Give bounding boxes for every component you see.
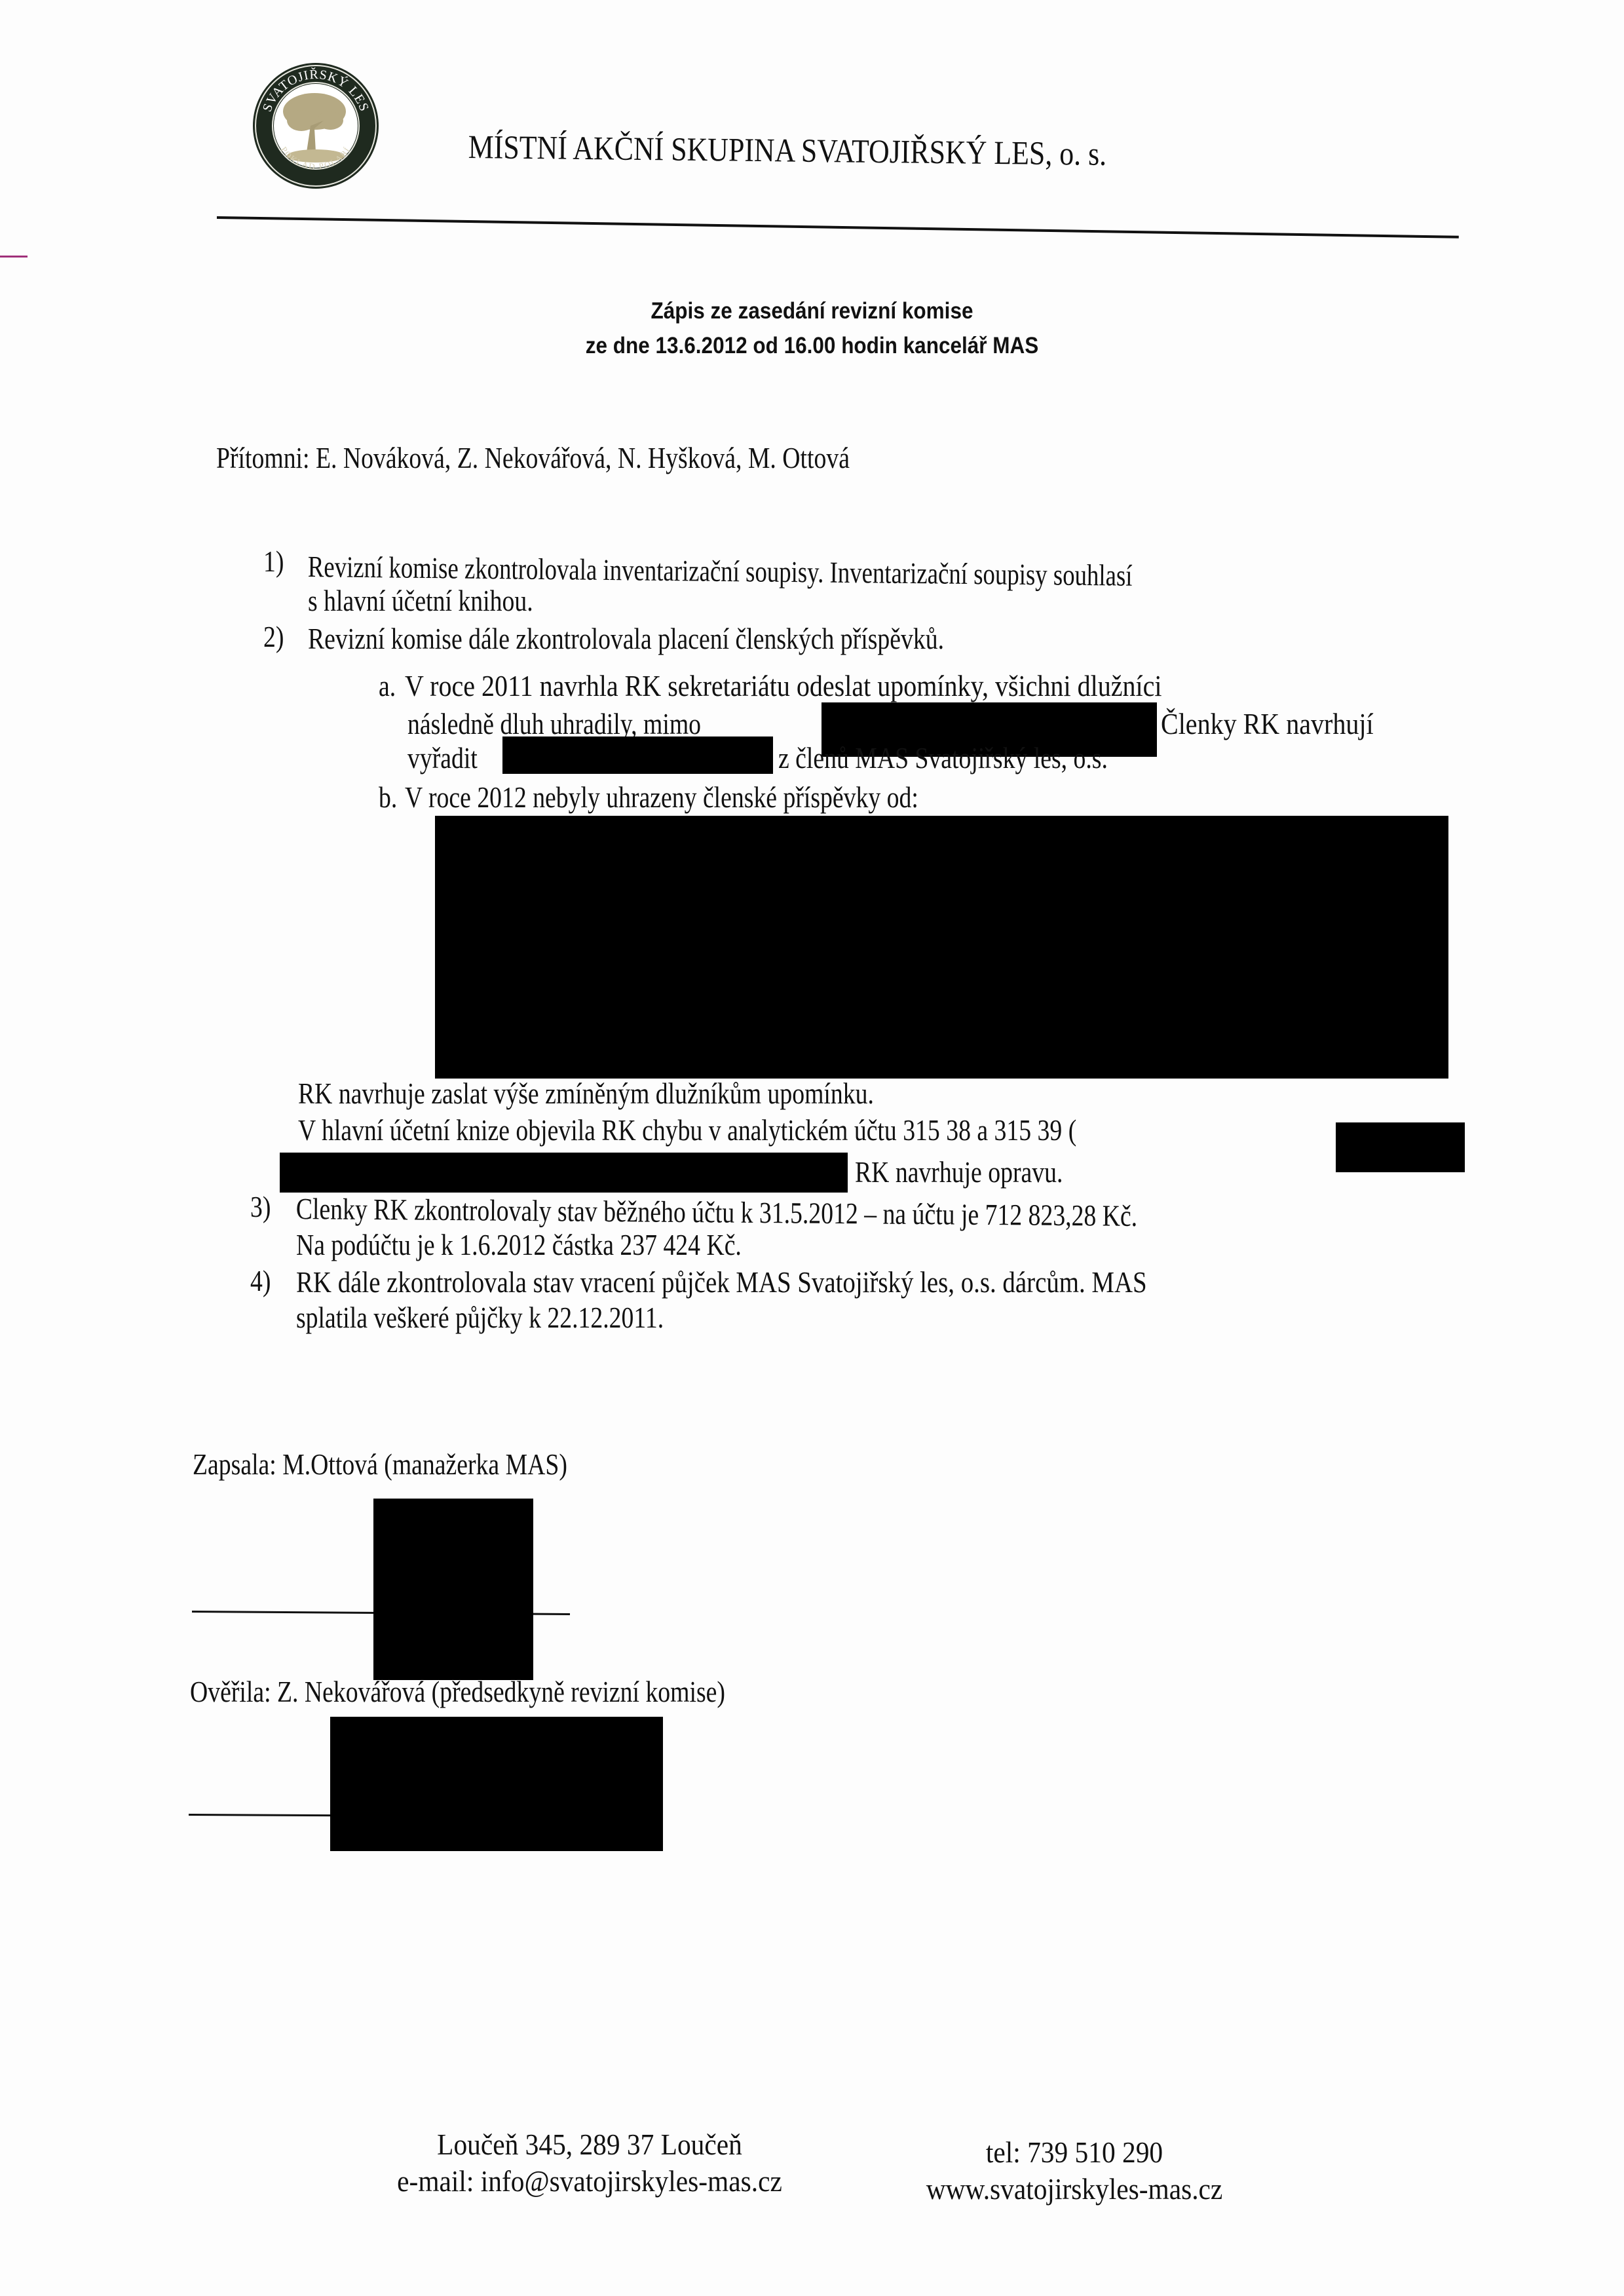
signature-line xyxy=(189,1814,333,1816)
item-3-number: 3) xyxy=(250,1189,271,1224)
redaction-block xyxy=(280,1153,848,1193)
item-2-followup-1: RK navrhuje zaslat výše zmíněným dlužník… xyxy=(298,1076,874,1111)
subitem-a-line3-end: z členů MAS Svatojiřský les, o.s. xyxy=(778,740,1108,775)
recorded-by: Zapsala: M.Ottová (manažerka MAS) xyxy=(193,1447,567,1482)
item-4-text-line2: splatila veškeré půjčky k 22.12.2011. xyxy=(296,1300,664,1335)
footer-phone: tel: 739 510 290 xyxy=(897,2135,1251,2170)
item-2-text: Revizní komise dále zkontrolovala placen… xyxy=(308,621,944,656)
footer-website[interactable]: www.svatojirskyles-mas.cz xyxy=(886,2172,1263,2206)
redaction-block xyxy=(1336,1122,1465,1172)
item-4-text-line1: RK dále zkontrolovala stav vracení půjče… xyxy=(296,1265,1147,1299)
redaction-block xyxy=(502,737,773,774)
subitem-b-letter: b. xyxy=(379,780,397,814)
subitem-a-letter: a. xyxy=(379,668,396,703)
document-subtitle: ze dne 13.6.2012 od 16.00 hodin kancelář… xyxy=(81,333,1543,359)
item-3-text-line2: Na podúčtu je k 1.6.2012 částka 237 424 … xyxy=(296,1227,742,1262)
subitem-a-line3-start: vyřadit xyxy=(407,740,478,775)
header-divider xyxy=(217,216,1459,239)
signature-redaction xyxy=(330,1717,663,1851)
redaction-block xyxy=(435,816,1448,1079)
organization-name: MÍSTNÍ AKČNÍ SKUPINA SVATOJIŘSKÝ LES, o.… xyxy=(468,128,1107,174)
footer-address: Loučeň 345, 289 37 Loučeň xyxy=(366,2127,814,2162)
footer-email[interactable]: e-mail: info@svatojirskyles-mas.cz xyxy=(366,2164,814,2198)
item-2-followup-2: V hlavní účetní knize objevila RK chybu … xyxy=(298,1113,1076,1147)
document-page: SVATOJIŘSKÝ LES POKLAD POLABÍ MÍSTNÍ AKČ… xyxy=(0,0,1624,2296)
attendees-names: E. Nováková, Z. Nekovářová, N. Hyšková, … xyxy=(316,441,850,474)
subitem-a-line1: V roce 2011 navrhla RK sekretariátu odes… xyxy=(405,668,1494,703)
item-4-number: 4) xyxy=(250,1263,271,1298)
item-1-number: 1) xyxy=(263,544,284,579)
attendees-line: Přítomni: E. Nováková, Z. Nekovářová, N.… xyxy=(216,440,850,475)
subitem-b-line1: V roce 2012 nebyly uhrazeny členské přís… xyxy=(405,780,918,814)
margin-mark xyxy=(0,256,28,258)
verified-by: Ověřila: Z. Nekovářová (předsedkyně revi… xyxy=(190,1674,725,1709)
attendees-label: Přítomni: xyxy=(216,441,310,474)
document-title: Zápis ze zasedání revizní komise xyxy=(81,298,1543,324)
item-2-number: 2) xyxy=(263,619,284,654)
signature-redaction xyxy=(373,1499,533,1680)
item-2-followup-3: RK navrhuje opravu. xyxy=(855,1155,1063,1189)
organization-logo-icon: SVATOJIŘSKÝ LES POKLAD POLABÍ xyxy=(250,60,381,191)
item-1-text-line2: s hlavní účetní knihou. xyxy=(308,583,533,618)
subitem-a-line2-end: Členky RK navrhují xyxy=(1161,706,1374,741)
